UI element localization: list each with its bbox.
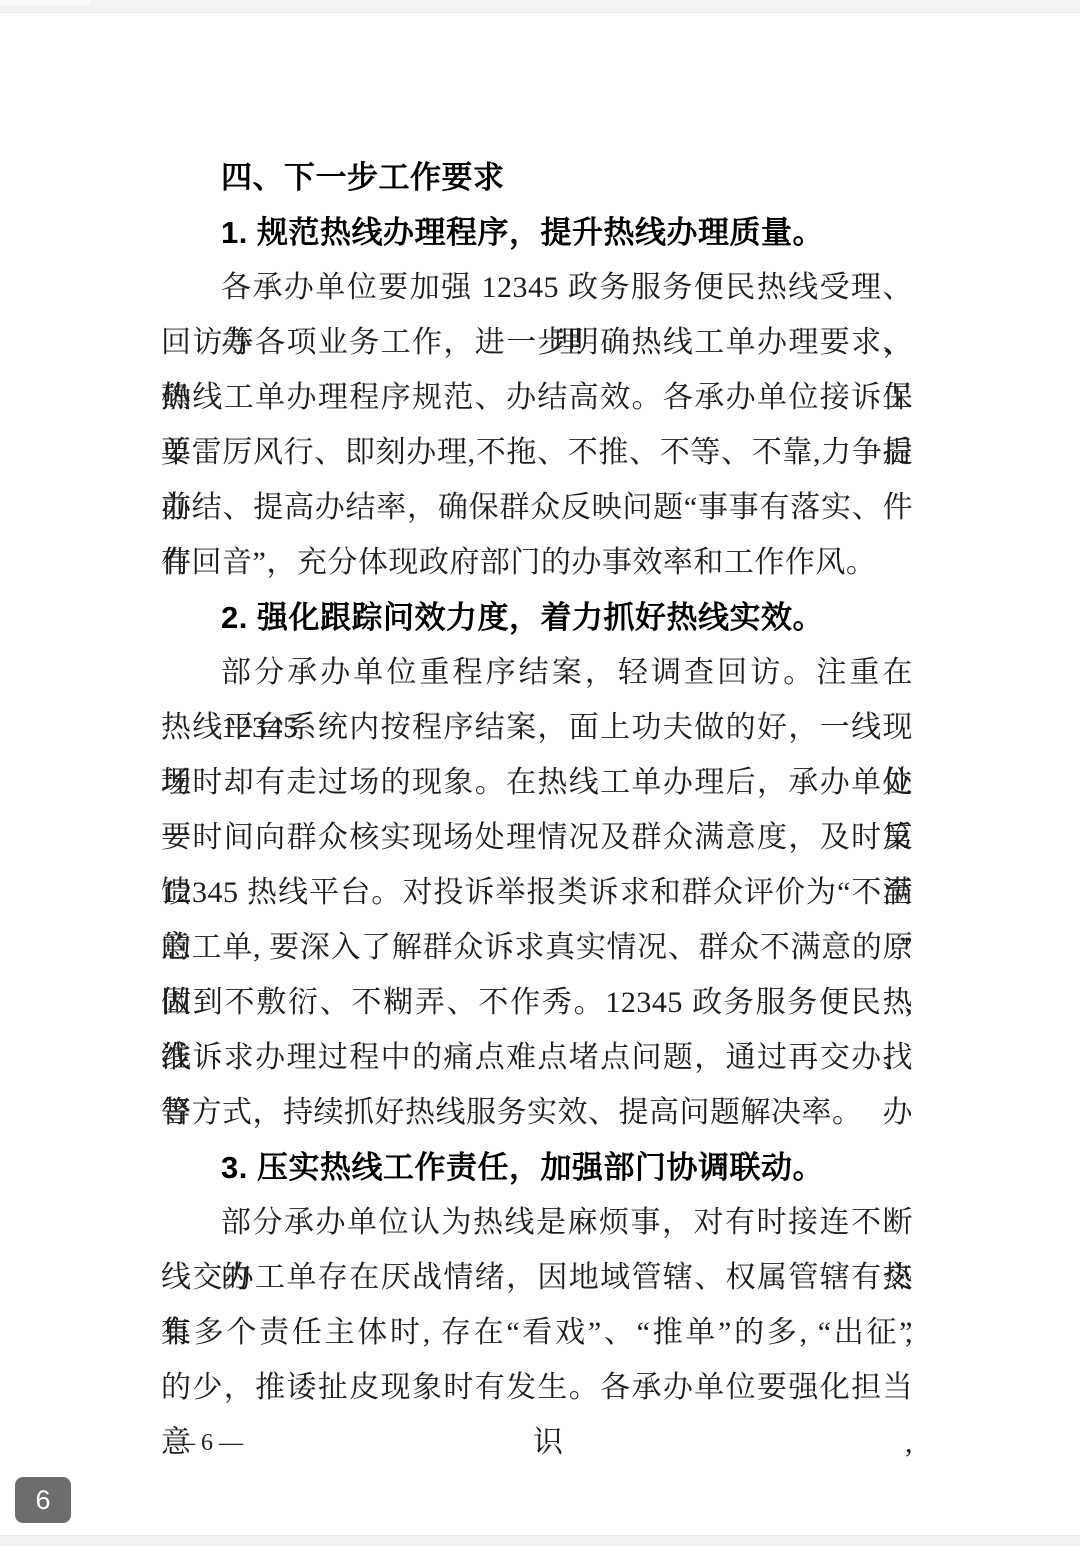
text-line: 要雷厉风行、即刻办理,不拖、不推、不等、不靠,力争提前 bbox=[161, 425, 913, 480]
text-line: 热线平台系统内按程序结案，面上功夫做的好，一线现场处 bbox=[161, 700, 913, 755]
text-line: 各承办单位要加强 12345 政务服务便民热线受理、办理、 bbox=[161, 260, 913, 315]
text-line: 回访等各项业务工作，进一步明确热线工单办理要求，确保 bbox=[161, 315, 913, 370]
text-line: 的工单, 要深入了解群众诉求真实情况、群众不满意的原因, bbox=[161, 920, 913, 975]
text-line: 办结、提高办结率，确保群众反映问题“事事有落实、件件 bbox=[161, 480, 913, 535]
text-line: 线交办工单存在厌战情绪，因地域管辖、权属管辖有交集, bbox=[161, 1250, 913, 1305]
text-line: 有多个责任主体时, 存在“看戏”、“推单”的多, “出征” bbox=[161, 1305, 913, 1360]
page-number: — 6 — bbox=[161, 1430, 253, 1457]
document-lines: 四、下一步工作要求1. 规范热线办理程序，提升热线办理质量。各承办单位要加强 1… bbox=[161, 150, 913, 1415]
text-line: 12345 热线平台。对投诉举报类诉求和群众评价为“不满意” bbox=[161, 865, 913, 920]
text-line: 热线工单办理程序规范、办结高效。各承办单位接诉工单后 bbox=[161, 370, 913, 425]
text-line: 部分承办单位重程序结案，轻调查回访。注重在 12345 bbox=[161, 645, 913, 700]
viewer-top-strip bbox=[0, 0, 1080, 13]
heading-line: 3. 压实热线工作责任，加强部门协调联动。 bbox=[161, 1140, 913, 1195]
text-line: 一时间向群众核实现场处理情况及群众满意度，及时反馈至 bbox=[161, 810, 913, 865]
heading-line: 2. 强化跟踪问效力度，着力抓好热线实效。 bbox=[161, 590, 913, 645]
viewer-bottom-strip bbox=[0, 1535, 1080, 1546]
viewer-top-strip-highlight bbox=[0, 0, 90, 5]
text-line: 部分承办单位认为热线是麻烦事，对有时接连不断的热 bbox=[161, 1195, 913, 1250]
text-line: 的少，推诿扯皮现象时有发生。各承办单位要强化担当意识, bbox=[161, 1360, 913, 1415]
page-indicator-badge: 6 bbox=[15, 1477, 71, 1523]
heading-line: 1. 规范热线办理程序，提升热线办理质量。 bbox=[161, 205, 913, 260]
text-line: 做到不敷衍、不糊弄、不作秀。12345 政务服务便民热线找 bbox=[161, 975, 913, 1030]
document-page: 四、下一步工作要求1. 规范热线办理程序，提升热线办理质量。各承办单位要加强 1… bbox=[0, 0, 1080, 1546]
heading-line: 四、下一步工作要求 bbox=[161, 150, 913, 205]
text-line: 等方式，持续抓好热线服务实效、提高问题解决率。 bbox=[161, 1085, 913, 1140]
text-line: 准诉求办理过程中的痛点难点堵点问题，通过再交办、督办 bbox=[161, 1030, 913, 1085]
text-line: 有回音”，充分体现政府部门的办事效率和工作作风。 bbox=[161, 535, 913, 590]
text-line: 理时却有走过场的现象。在热线工单办理后，承办单位要第 bbox=[161, 755, 913, 810]
